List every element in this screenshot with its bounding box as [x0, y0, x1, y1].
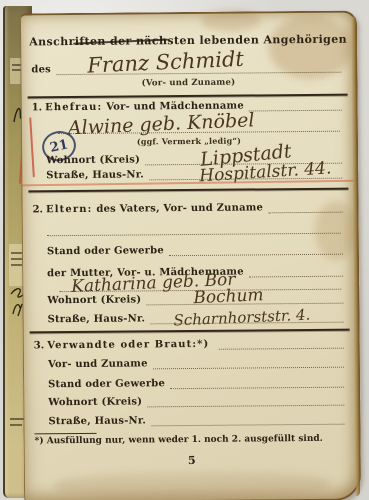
des-label: des [31, 64, 51, 75]
handwriting-mother-strasse: Scharnhorststr. 4. [173, 308, 310, 329]
strasse-label: Straße, Haus-Nr. [48, 415, 146, 427]
strasse-line [151, 410, 344, 427]
father-name-line2 [47, 219, 341, 237]
section2-number: 2. [33, 204, 44, 215]
section-divider [28, 188, 348, 193]
section3-stand-row: Stand oder Gewerbe [48, 374, 344, 391]
wohnort-label: Wohnort (Kreis) [46, 154, 140, 166]
section3-heading-line [218, 334, 344, 350]
section2-wohnort-row: Wohnort (Kreis) Bochum [47, 290, 343, 307]
section2-stand-row: Stand oder Gewerbe [47, 241, 343, 258]
page-title: Anschriften der nächsten lebenden Angehö… [21, 33, 355, 49]
section1-number: 1. [32, 102, 43, 113]
paper-stain [55, 471, 329, 499]
vorzuname-label: Vor- und Zuname [48, 358, 148, 370]
wohnort-line [147, 391, 344, 408]
section2-strasse-row: Straße, Haus-Nr. Scharnhorststr. 4. [47, 309, 343, 326]
section3-wohnort-row: Wohnort (Kreis) [48, 392, 344, 409]
section2-heading: Eltern: [46, 204, 92, 215]
document-page: Anschriften der nächsten lebenden Angehö… [20, 11, 361, 500]
section1-heading: Ehefrau: [45, 102, 102, 113]
paper-stain [201, 9, 261, 32]
gutter-text-fragment [10, 418, 24, 420]
page-number: 5 [25, 453, 359, 469]
section2-label: des Vaters, Vor- und Zuname [96, 202, 263, 214]
stand-line [169, 240, 343, 257]
red-margin-mark [29, 117, 35, 177]
section3-heading: Verwandte oder Braut:*) [47, 339, 209, 351]
footnote: *) Ausfüllung nur, wenn weder 1. noch 2.… [35, 434, 347, 447]
wohnort-label: Wohnort (Kreis) [48, 396, 142, 408]
wohnort-label: Wohnort (Kreis) [47, 294, 141, 306]
stand-line [170, 373, 344, 390]
handwriting-wife-name: Alwine geb. Knöbel [68, 111, 255, 138]
section3-number: 3. [34, 340, 45, 351]
section3-vorzuname-row: Vor- und Zuname [48, 354, 344, 371]
section3-strasse-row: Straße, Haus-Nr. [48, 411, 344, 428]
section2-heading-row: 2. Eltern: des Vaters, Vor- und Zuname [33, 199, 343, 216]
footnote-rule [35, 433, 97, 435]
section3-heading-row: 3. Verwandte oder Braut:*) [34, 335, 344, 352]
section-divider [30, 329, 350, 334]
gutter-text-fragment [10, 424, 22, 426]
stand-label: Stand oder Gewerbe [48, 378, 165, 390]
section1-strasse-row: Straße, Haus-Nr. Hospitalstr. 44. [46, 165, 342, 182]
handwriting-mother-wohnort: Bochum [193, 287, 264, 307]
name-caption: (Vor- und Zuname) [21, 77, 355, 90]
strasse-line: Hospitalstr. 44. [149, 164, 342, 181]
wife-name-line: Alwine geb. Knöbel [58, 113, 340, 134]
photo-of-wehrpass-page: Anschriften der nächsten lebenden Angehö… [0, 0, 369, 500]
father-name-line [268, 198, 343, 214]
strasse-label: Straße, Haus-Nr. [47, 313, 145, 325]
gutter-text-fragment [11, 264, 22, 266]
stand-label: Stand oder Gewerbe [47, 245, 164, 257]
wohnort-line: Bochum [146, 289, 343, 306]
vorzuname-line [153, 353, 344, 370]
strasse-label: Straße, Haus-Nr. [46, 169, 144, 181]
section1-heading-row: 1. Ehefrau: Vor- und Mädchenname [32, 97, 342, 114]
section1-heading-line [249, 96, 342, 112]
strasse-line: Scharnhorststr. 4. [150, 308, 343, 325]
